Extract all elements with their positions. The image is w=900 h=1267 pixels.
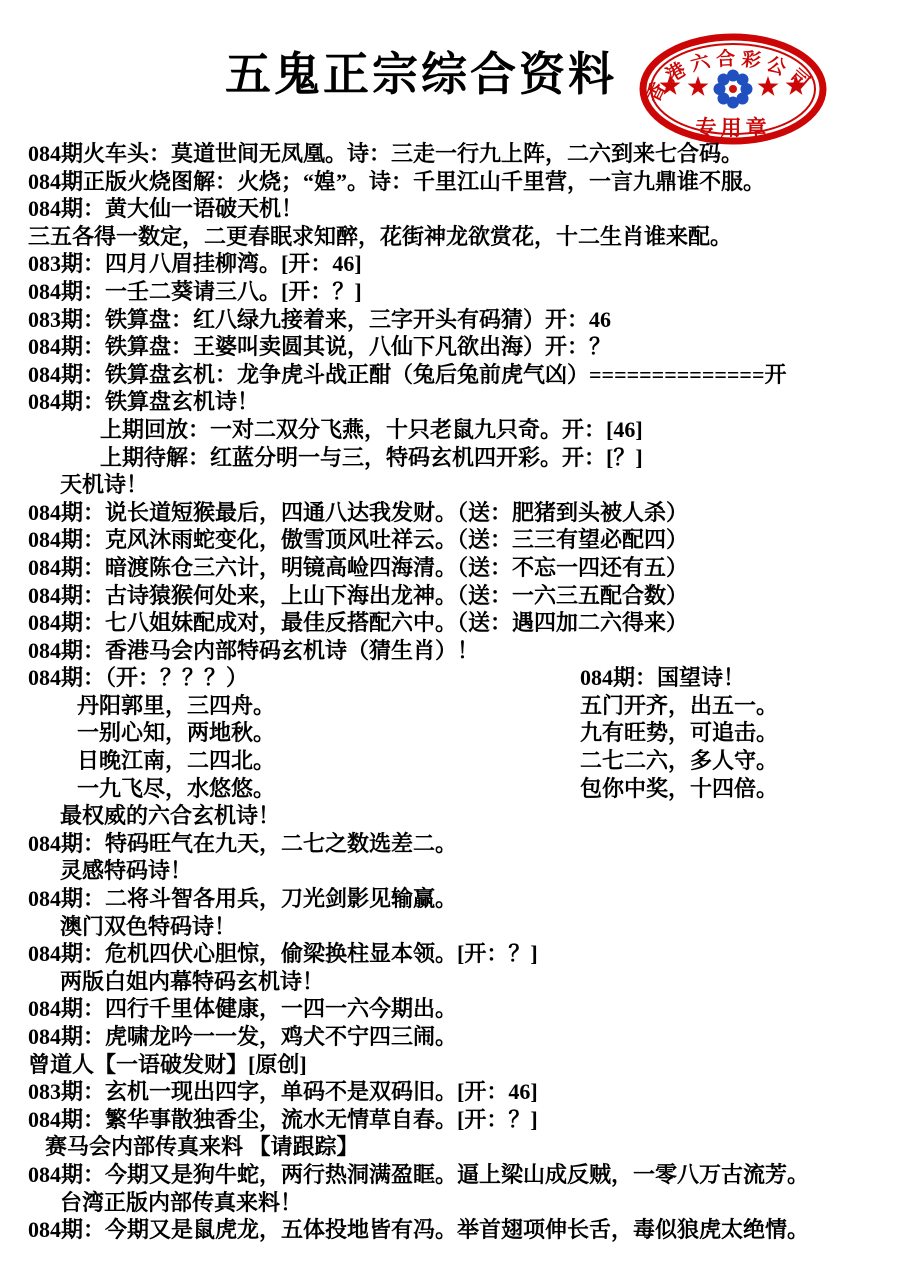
text-line: 084期：克风沐雨蛇变化，傲雪顶风吐祥云。（送：三三有望必配四） bbox=[0, 526, 900, 554]
poem-row: 丹阳郭里，三四舟。 五门开齐，出五一。 bbox=[0, 692, 900, 720]
text-line: 084期：七八姐妹配成对，最佳反搭配六中。（送：遇四加二六得来） bbox=[0, 609, 900, 637]
text-line: 二七二六，多人守。 bbox=[580, 747, 778, 775]
poem-row: 日晚江南，二四北。 二七二六，多人守。 bbox=[0, 747, 900, 775]
text-line: 曾道人【一语破发财】[原创] bbox=[0, 1051, 900, 1079]
text-line: 台湾正版内部传真来料！ bbox=[0, 1189, 900, 1217]
text-line: 九有旺势，可追击。 bbox=[580, 719, 778, 747]
flower-icon bbox=[714, 70, 753, 109]
text-line: 084期：四行千里体健康，一四一六今期出。 bbox=[0, 995, 900, 1023]
text-line: 084期：香港马会内部特码玄机诗（猜生肖）！ bbox=[0, 637, 900, 665]
page: 五鬼正宗综合资料 香港六合彩公司 bbox=[0, 0, 900, 1267]
text-line: 084期：暗渡陈仓三六计，明镜高崄四海清。（送：不忘一四还有五） bbox=[0, 554, 900, 582]
seal-graphic: 香港六合彩公司 专用章 bbox=[638, 32, 828, 146]
text-line: 084期：国望诗！ bbox=[580, 664, 745, 692]
text-line: 两版白姐内幕特码玄机诗！ bbox=[0, 968, 900, 996]
seal-bottom-text: 专用章 bbox=[696, 116, 771, 140]
text-line: 084期：一壬二葵请三八。[开：？] bbox=[0, 278, 900, 306]
text-line: 最权威的六合玄机诗！ bbox=[0, 802, 900, 830]
text-line: 赛马会内部传真来料 【请跟踪】 bbox=[0, 1133, 900, 1161]
poem-row: 一别心知，两地秋。 九有旺势，可追击。 bbox=[0, 719, 900, 747]
text-line: 084期正版火烧图解：火烧；“媓”。诗：千里江山千里营，一言九鼎谁不服。 bbox=[0, 168, 900, 196]
text-line: 澳门双色特码诗！ bbox=[0, 913, 900, 941]
text-line: 084期：铁算盘玄机诗！ bbox=[0, 388, 900, 416]
text-line: 084期：危机四伏心胆惊，偷梁换柱显本领。[开：？] bbox=[0, 940, 900, 968]
page-title: 五鬼正宗综合资料 bbox=[225, 38, 617, 104]
text-line: 上期待解：红蓝分明一与三，特码玄机四开彩。开：[？] bbox=[0, 444, 900, 472]
text-line: 084期：黄大仙一语破天机！ bbox=[0, 195, 900, 223]
text-line: 084期：繁华事散独香尘，流水无情草自春。[开：？] bbox=[0, 1106, 900, 1134]
text-line: 084期：（开：？？？） bbox=[0, 664, 900, 692]
text-line: 083期：铁算盘：红八绿九接着来，三字开头有码猜）开：46 bbox=[0, 306, 900, 334]
text-line: 084期：今期又是鼠虎龙，五体投地皆有冯。举首翅项伸长舌，毒似狼虎太绝情。 bbox=[0, 1216, 900, 1244]
text-line: 084期：古诗猿猴何处来，上山下海出龙神。（送：一六三五配合数） bbox=[0, 582, 900, 610]
text-line: 083期：四月八眉挂柳湾。[开：46] bbox=[0, 250, 900, 278]
text-line: 084期：虎啸龙吟一一发，鸡犬不宁四三闹。 bbox=[0, 1023, 900, 1051]
text-line: 包你中奖，十四倍。 bbox=[580, 775, 778, 803]
two-column-poems: 084期：（开：？？？） 084期：国望诗！ 丹阳郭里，三四舟。 五门开齐，出五… bbox=[0, 664, 900, 802]
document-body: 084期火车头：莫道世间无凤凰。诗：三走一行九上阵，二六到来七合码。 084期正… bbox=[0, 140, 900, 1244]
text-line: 五门开齐，出五一。 bbox=[580, 692, 778, 720]
text-line: 083期：玄机一现出四字，单码不是双码旧。[开：46] bbox=[0, 1078, 900, 1106]
text-line: 天机诗！ bbox=[0, 471, 900, 499]
text-line: 084期：二将斗智各用兵，刀光剑影见输赢。 bbox=[0, 885, 900, 913]
text-line: 084期：铁算盘玄机：龙争虎斗战正酣（兔后兔前虎气凶）=============… bbox=[0, 361, 900, 389]
text-line: 084期：特码旺气在九天，二七之数选差二。 bbox=[0, 830, 900, 858]
company-seal: 香港六合彩公司 专用章 bbox=[638, 32, 828, 146]
poem-row: 084期：（开：？？？） 084期：国望诗！ bbox=[0, 664, 900, 692]
text-line: 084期火车头：莫道世间无凤凰。诗：三走一行九上阵，二六到来七合码。 bbox=[0, 140, 900, 168]
text-line: 084期：今期又是狗牛蛇，两行热洞满盈眶。逼上梁山成反贼，一零八万古流芳。 bbox=[0, 1161, 900, 1189]
text-line: 灵感特码诗！ bbox=[0, 857, 900, 885]
poem-row: 一九飞尽，水悠悠。 包你中奖，十四倍。 bbox=[0, 775, 900, 803]
text-line: 084期：说长道短猴最后，四通八达我发财。（送：肥猪到头被人杀） bbox=[0, 499, 900, 527]
text-line: 三五各得一数定，二更春眠求知醉，花街神龙欲赏花，十二生肖谁来配。 bbox=[0, 223, 900, 251]
text-line: 084期：铁算盘：王婆叫卖圆其说，八仙下凡欲出海）开：？ bbox=[0, 333, 900, 361]
text-line: 上期回放：一对二双分飞燕，十只老鼠九只奇。开：[46] bbox=[0, 416, 900, 444]
